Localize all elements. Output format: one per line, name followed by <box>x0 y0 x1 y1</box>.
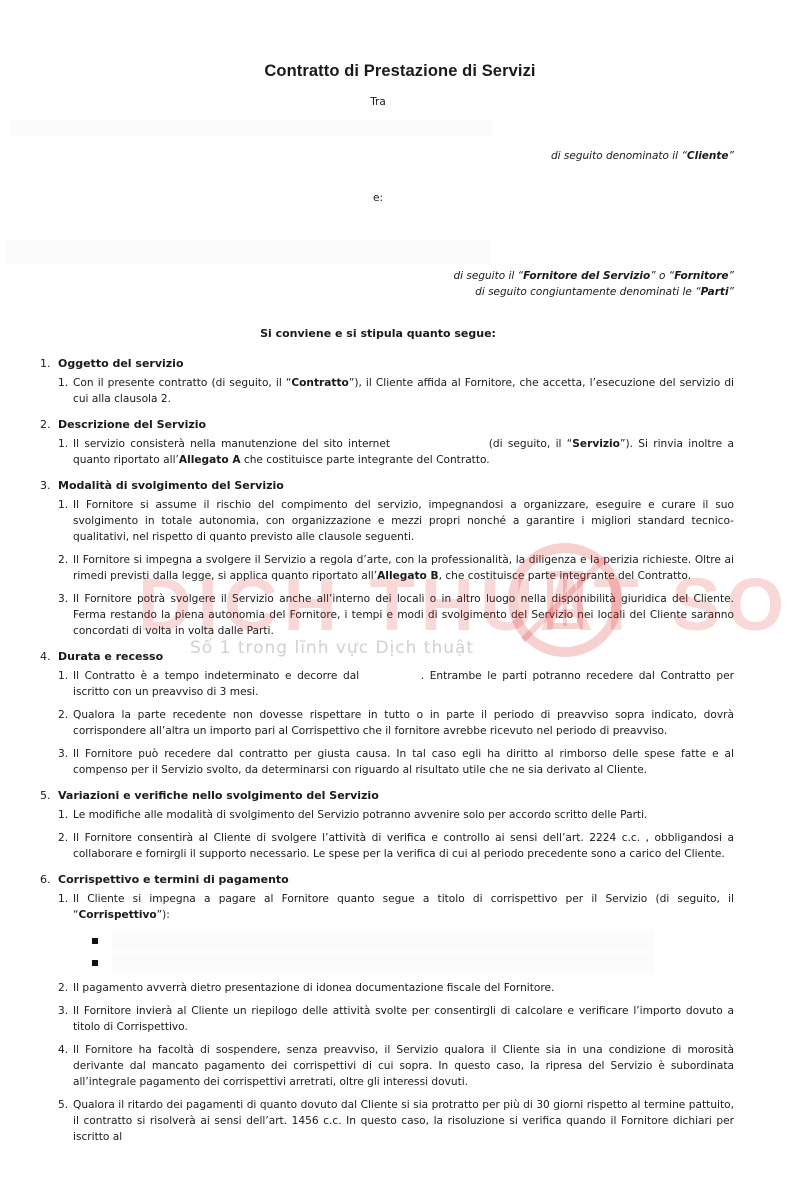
item-number: 1. <box>58 668 73 700</box>
between-label: Tra <box>0 96 756 108</box>
item-number: 1. <box>58 436 73 468</box>
redacted-client-details <box>10 120 492 136</box>
clause-title: Modalità di svolgimento del Servizio <box>58 478 284 494</box>
document-title: Contratto di Prestazione di Servizi <box>0 62 800 81</box>
clause-title: Corrispettivo e termini di pagamento <box>58 872 289 888</box>
clause-section: 4.Durata e recesso1.Il Contratto è a tem… <box>40 649 734 778</box>
clause-section: 5.Variazioni e verifiche nello svolgimen… <box>40 788 734 862</box>
client-designation: di seguito denominato il “Cliente” <box>551 148 734 164</box>
item-text: Il Cliente si impegna a pagare al Fornit… <box>73 891 734 923</box>
clause-item: 1.Il Cliente si impegna a pagare al Forn… <box>58 891 734 923</box>
item-number: 4. <box>58 1042 73 1090</box>
item-number: 1. <box>58 891 73 923</box>
item-text: Qualora il ritardo dei pagamenti di quan… <box>73 1097 734 1145</box>
clause-item: 1.Il Fornitore si assume il rischio del … <box>58 497 734 545</box>
provider-term: Fornitore del Servizio <box>523 270 650 282</box>
clause-item: 3.Il Fornitore invierà al Cliente un rie… <box>58 1003 734 1035</box>
square-bullet-icon <box>92 938 98 944</box>
redacted-amount <box>112 931 654 951</box>
item-number: 1. <box>58 807 73 823</box>
item-number: 1. <box>58 497 73 545</box>
item-text: Il pagamento avverrà dietro presentazion… <box>73 980 734 996</box>
clause-item: 2.Il Fornitore si impegna a svolgere il … <box>58 552 734 584</box>
item-text: Il Fornitore consentirà al Cliente di sv… <box>73 830 734 862</box>
item-text: Con il presente contratto (di seguito, i… <box>73 375 734 407</box>
item-number: 2. <box>58 552 73 584</box>
defined-term: Servizio <box>572 438 620 450</box>
bullet-item <box>92 930 734 952</box>
clause-heading: 5.Variazioni e verifiche nello svolgimen… <box>40 788 734 804</box>
clause-section: 3.Modalità di svolgimento del Servizio1.… <box>40 478 734 639</box>
defined-term: Allegato A <box>179 454 241 466</box>
item-text: Il Fornitore si impegna a svolgere il Se… <box>73 552 734 584</box>
item-text: Il servizio consisterà nella manutenzion… <box>73 436 734 468</box>
clause-item: 2.Qualora la parte recedente non dovesse… <box>58 707 734 739</box>
bullet-item <box>92 952 734 974</box>
clause-item: 2.Il Fornitore consentirà al Cliente di … <box>58 830 734 862</box>
clause-number: 5. <box>40 788 58 804</box>
redacted-amount <box>112 953 654 973</box>
parties-designation: di seguito congiuntamente denominati le … <box>453 284 734 300</box>
clause-item: 1.Il Contratto è a tempo indeterminato e… <box>58 668 734 700</box>
item-text: Il Fornitore invierà al Cliente un riepi… <box>73 1003 734 1035</box>
item-number: 2. <box>58 980 73 996</box>
clause-number: 1. <box>40 356 58 372</box>
clause-title: Variazioni e verifiche nello svolgimento… <box>58 788 379 804</box>
parties-term: Parti <box>701 286 729 298</box>
item-number: 5. <box>58 1097 73 1145</box>
redacted-field <box>365 668 421 684</box>
clause-number: 4. <box>40 649 58 665</box>
clause-item: 1.Con il presente contratto (di seguito,… <box>58 375 734 407</box>
clause-number: 3. <box>40 478 58 494</box>
contract-clauses: 1.Oggetto del servizio1.Con il presente … <box>40 356 734 1155</box>
item-text: Qualora la parte recedente non dovesse r… <box>73 707 734 739</box>
clause-item: 3.Il Fornitore può recedere dal contratt… <box>58 746 734 778</box>
and-label: e: <box>0 192 756 204</box>
item-text: Il Contratto è a tempo indeterminato e d… <box>73 668 734 700</box>
agreement-heading: Si conviene e si stipula quanto segue: <box>0 327 756 340</box>
redacted-field <box>395 436 483 452</box>
defined-term: Allegato B <box>377 570 438 582</box>
defined-term: Corrispettivo <box>79 909 157 921</box>
item-number: 1. <box>58 375 73 407</box>
clause-title: Descrizione del Servizio <box>58 417 206 433</box>
clause-section: 6.Corrispettivo e termini di pagamento1.… <box>40 872 734 1145</box>
redacted-bullet-list <box>92 930 734 974</box>
clause-heading: 4.Durata e recesso <box>40 649 734 665</box>
clause-item: 2.Il pagamento avverrà dietro presentazi… <box>58 980 734 996</box>
item-number: 3. <box>58 746 73 778</box>
square-bullet-icon <box>92 960 98 966</box>
clause-title: Oggetto del servizio <box>58 356 184 372</box>
client-term: Cliente <box>687 150 729 162</box>
clause-number: 2. <box>40 417 58 433</box>
item-text: Il Fornitore si assume il rischio del co… <box>73 497 734 545</box>
clause-heading: 6.Corrispettivo e termini di pagamento <box>40 872 734 888</box>
clause-number: 6. <box>40 872 58 888</box>
item-number: 2. <box>58 830 73 862</box>
clause-section: 2.Descrizione del Servizio1.Il servizio … <box>40 417 734 468</box>
clause-item: 3.Il Fornitore potrà svolgere il Servizi… <box>58 591 734 639</box>
defined-term: Contratto <box>291 377 348 389</box>
clause-item: 1.Le modifiche alle modalità di svolgime… <box>58 807 734 823</box>
clause-heading: 1.Oggetto del servizio <box>40 356 734 372</box>
item-number: 3. <box>58 591 73 639</box>
item-text: Il Fornitore potrà svolgere il Servizio … <box>73 591 734 639</box>
provider-designation: di seguito il “Fornitore del Servizio” o… <box>453 268 734 300</box>
item-text: Il Fornitore può recedere dal contratto … <box>73 746 734 778</box>
item-number: 3. <box>58 1003 73 1035</box>
item-text: Le modifiche alle modalità di svolgiment… <box>73 807 734 823</box>
clause-item: 5.Qualora il ritardo dei pagamenti di qu… <box>58 1097 734 1145</box>
redacted-provider-details <box>5 240 491 264</box>
provider-short-term: Fornitore <box>674 270 728 282</box>
document-page: Contratto di Prestazione di Servizi Tra … <box>0 0 800 1200</box>
clause-section: 1.Oggetto del servizio1.Con il presente … <box>40 356 734 407</box>
item-text: Il Fornitore ha facoltà di sospendere, s… <box>73 1042 734 1090</box>
clause-item: 4.Il Fornitore ha facoltà di sospendere,… <box>58 1042 734 1090</box>
item-number: 2. <box>58 707 73 739</box>
clause-item: 1.Il servizio consisterà nella manutenzi… <box>58 436 734 468</box>
clause-heading: 2.Descrizione del Servizio <box>40 417 734 433</box>
clause-title: Durata e recesso <box>58 649 163 665</box>
clause-heading: 3.Modalità di svolgimento del Servizio <box>40 478 734 494</box>
